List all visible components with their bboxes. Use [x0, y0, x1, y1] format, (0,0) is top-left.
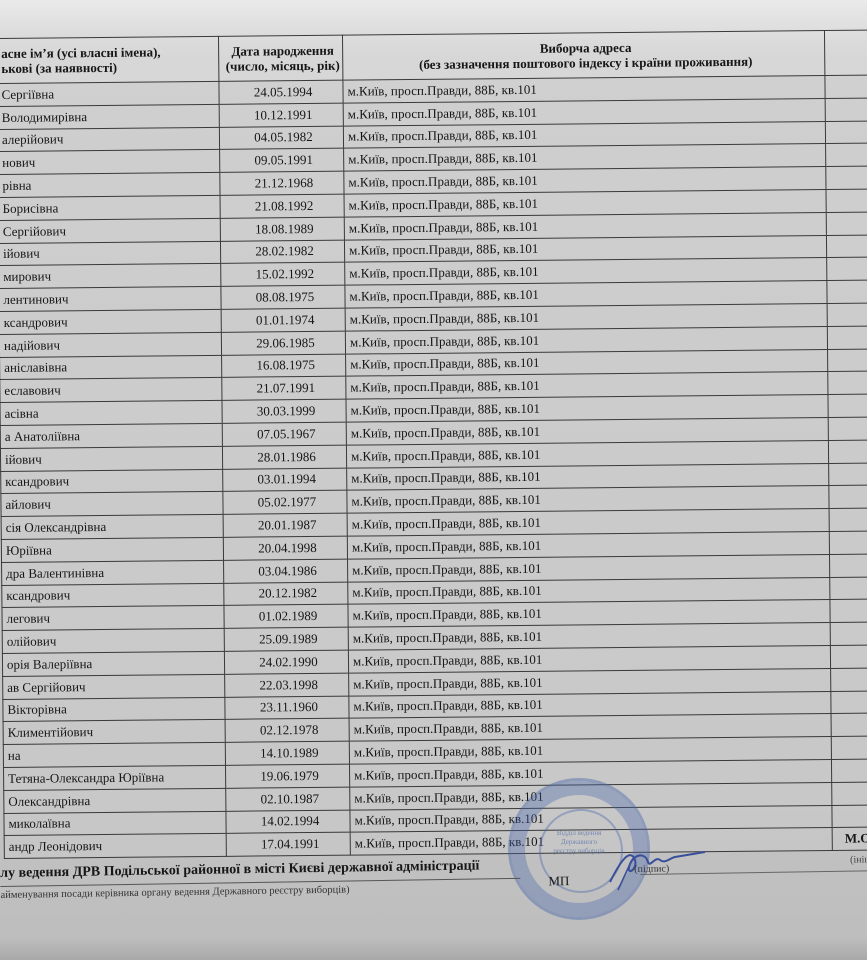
cell-dob: 17.04.1991 — [226, 832, 350, 856]
cell-extra — [826, 189, 867, 212]
cell-extra — [831, 668, 867, 691]
cell-name: орія Валеріївна — [2, 651, 224, 676]
cell-name: Вікторівна — [3, 697, 225, 722]
cell-dob: 22.03.1998 — [225, 673, 349, 697]
cell-dob: 21.08.1992 — [220, 194, 344, 218]
cell-dob: 10.12.1991 — [219, 103, 343, 127]
cell-dob: 20.12.1982 — [224, 582, 348, 606]
cell-dob: 04.05.1982 — [219, 126, 343, 150]
cell-dob: 28.02.1982 — [220, 240, 344, 264]
cell-name: на — [3, 742, 225, 767]
cell-name: рівна — [0, 173, 220, 198]
cell-extra — [831, 759, 867, 782]
cell-name: нович — [0, 150, 220, 175]
cell-dob: 08.08.1975 — [221, 285, 345, 309]
cell-extra — [826, 212, 867, 235]
cell-extra — [828, 371, 867, 394]
cell-dob: 29.06.1985 — [221, 331, 345, 355]
cell-dob: 28.01.1986 — [222, 445, 346, 469]
cell-dob: 18.08.1989 — [220, 217, 344, 241]
cell-name: ійович — [0, 446, 222, 471]
cell-dob: 20.04.1998 — [223, 536, 347, 560]
cell-dob: 03.04.1986 — [224, 559, 348, 583]
cell-dob: 21.07.1991 — [222, 377, 346, 401]
paper-bottom-edge — [0, 935, 867, 960]
cell-name: Сергійович — [0, 218, 220, 243]
cell-extra — [827, 303, 867, 326]
cell-name: асівна — [0, 401, 222, 426]
cell-name: сія Олександрівна — [1, 514, 223, 539]
header-extra — [824, 30, 867, 75]
header-name: асне ім’я (усі власні імена), ькові (за … — [0, 36, 219, 83]
cell-extra — [828, 394, 867, 417]
cell-extra — [830, 645, 867, 668]
cell-extra — [831, 713, 867, 736]
cell-name: аніславівна — [0, 355, 222, 380]
cell-extra — [828, 349, 867, 372]
cell-extra — [830, 599, 867, 622]
cell-dob: 25.09.1989 — [224, 627, 348, 651]
cell-dob: 03.01.1994 — [223, 468, 347, 492]
cell-extra — [829, 508, 867, 531]
initials: М.О — [845, 830, 867, 846]
cell-dob: 01.02.1989 — [224, 604, 348, 628]
cell-dob: 05.02.1977 — [223, 490, 347, 514]
cell-dob: 23.11.1960 — [225, 696, 349, 720]
cell-extra — [829, 554, 867, 577]
cell-name: ксандрович — [0, 309, 221, 334]
cell-extra — [827, 280, 867, 303]
cell-name: дра Валентинівна — [2, 560, 224, 585]
cell-dob: 02.12.1978 — [225, 718, 349, 742]
cell-dob: 24.02.1990 — [224, 650, 348, 674]
cell-name: лентинович — [0, 287, 221, 312]
voter-table: асне ім’я (усі власні імена), ькові (за … — [0, 30, 867, 860]
cell-name: легович — [2, 606, 224, 631]
cell-dob: 07.05.1967 — [222, 422, 346, 446]
cell-extra — [825, 75, 867, 98]
cell-extra — [825, 98, 867, 121]
voter-register-sheet: асне ім’я (усі власні імена), ькові (за … — [0, 30, 867, 860]
cell-name: Сергіївна — [0, 81, 219, 106]
cell-dob: 30.03.1999 — [222, 399, 346, 423]
cell-extra — [830, 622, 867, 645]
cell-name: Борисівна — [0, 195, 220, 220]
cell-extra — [828, 417, 867, 440]
cell-name: Володимирівна — [0, 104, 219, 129]
cell-name: Климентійович — [3, 720, 225, 745]
cell-name: алерійович — [0, 127, 220, 152]
cell-dob: 02.10.1987 — [226, 787, 350, 811]
cell-dob: 09.05.1991 — [220, 149, 344, 173]
cell-name: андр Леонідович — [4, 834, 226, 859]
stamp-place-label: МП — [548, 873, 569, 889]
cell-name: олійович — [2, 628, 224, 653]
position-title: лу ведення ДРВ Подільської районної в мі… — [0, 858, 479, 882]
cell-dob: 14.02.1994 — [226, 810, 350, 834]
cell-name: айлович — [1, 492, 223, 517]
cell-extra — [826, 166, 867, 189]
cell-name: ксандрович — [2, 583, 224, 608]
cell-extra — [828, 440, 867, 463]
cell-dob: 14.10.1989 — [225, 741, 349, 765]
cell-name: а Анатоліївна — [0, 423, 222, 448]
cell-extra — [829, 485, 867, 508]
cell-dob: 16.08.1975 — [222, 354, 346, 378]
position-caption: айменування посади керівника органу веде… — [0, 885, 349, 901]
cell-extra — [825, 121, 867, 144]
cell-name: надійович — [0, 332, 222, 357]
cell-dob: 01.01.1974 — [221, 308, 345, 332]
cell-name: еславович — [0, 378, 222, 403]
stamp-text: Відділ ведення Державного реєстру виборц… — [551, 829, 607, 856]
cell-name: ксандрович — [1, 469, 223, 494]
cell-dob: 21.12.1968 — [220, 171, 344, 195]
cell-extra — [829, 531, 867, 554]
cell-name: ійович — [0, 241, 221, 266]
cell-dob: 19.06.1979 — [225, 764, 349, 788]
cell-extra — [832, 805, 867, 828]
cell-name: мирович — [0, 264, 221, 289]
cell-dob: 24.05.1994 — [219, 80, 343, 104]
cell-extra — [827, 326, 867, 349]
cell-name: миколаївна — [4, 811, 226, 836]
cell-name: Тетяна-Олександра Юріївна — [4, 765, 226, 790]
cell-extra — [831, 736, 867, 759]
cell-extra — [831, 691, 867, 714]
header-dob: Дата народження (число, місяць, рік) — [218, 35, 342, 81]
cell-extra — [827, 257, 867, 280]
cell-extra — [830, 577, 867, 600]
table-body: Сергіївна24.05.1994м.Київ, просп.Правди,… — [0, 75, 867, 859]
cell-extra — [829, 463, 867, 486]
cell-name: Юріївна — [1, 537, 223, 562]
cell-dob: 15.02.1992 — [221, 263, 345, 287]
cell-name: ав Сергійович — [3, 674, 225, 699]
header-address: Виборча адреса (без зазначення поштового… — [342, 31, 824, 81]
cell-dob: 20.01.1987 — [223, 513, 347, 537]
initials-caption: (ініц — [850, 854, 867, 865]
cell-extra — [826, 143, 867, 166]
cell-name: Олександрівна — [4, 788, 226, 813]
cell-extra — [832, 782, 867, 805]
cell-extra — [826, 235, 867, 258]
